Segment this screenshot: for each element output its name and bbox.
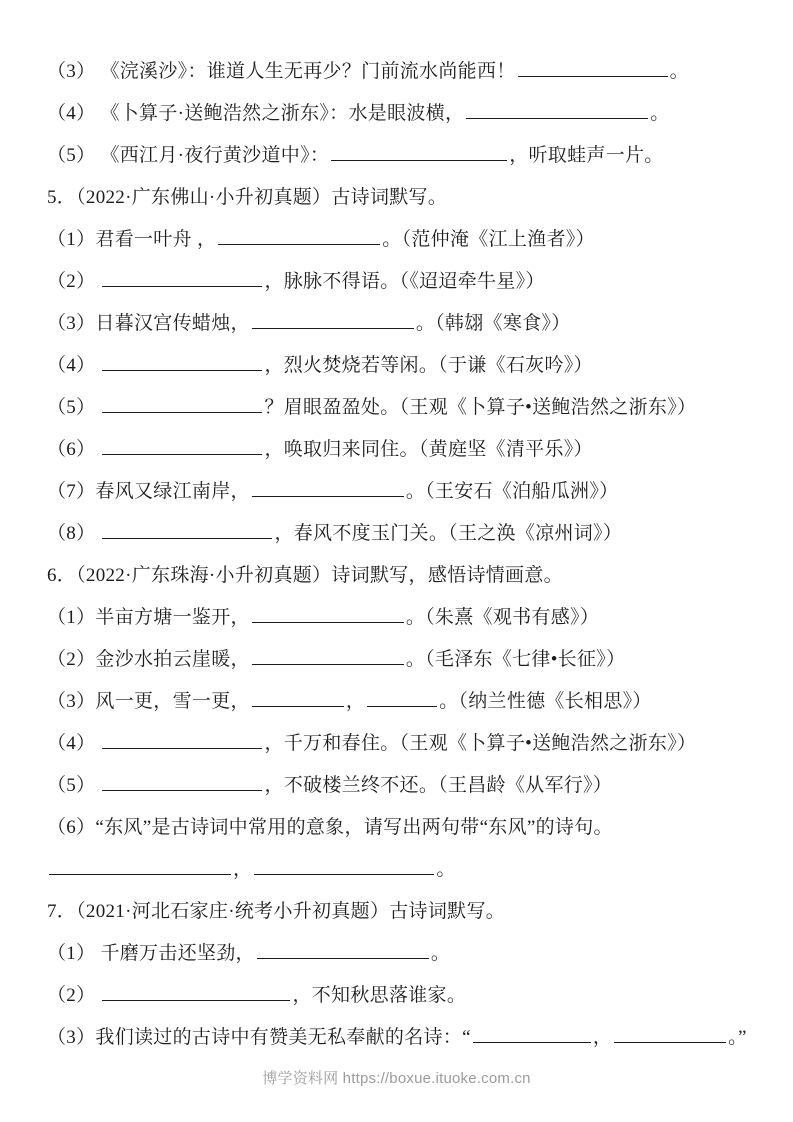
line-text: （5） 《西江月·夜行黄沙道中》： bbox=[47, 145, 329, 166]
line-text: ，千万和春住。（王观《卜算子•送鲍浩然之浙东》） bbox=[264, 733, 696, 754]
line-text: （5） bbox=[47, 397, 100, 418]
document-lines: （3） 《浣溪沙》：谁道人生无再少？门前流水尚能西！。（4） 《卜算子·送鲍浩然… bbox=[47, 51, 775, 1059]
line-text: 。（朱熹《观书有感》） bbox=[406, 607, 599, 628]
line-text: 。（王安石《泊船瓜洲》） bbox=[406, 481, 619, 502]
line-text: 。（纳兰性德《长相思》） bbox=[439, 691, 652, 712]
question-line: 7．（2021·河北石家庄·统考小升初真题）古诗词默写。 bbox=[47, 891, 775, 933]
question-line: 5．（2022·广东佛山·小升初真题）古诗词默写。 bbox=[47, 177, 775, 219]
answer-blank bbox=[218, 238, 380, 245]
answer-blank bbox=[102, 406, 262, 413]
answer-blank bbox=[254, 868, 434, 875]
question-line: （2）金沙水拍云崖暖，。（毛泽东《七律•长征》） bbox=[47, 639, 775, 681]
line-text: （2） bbox=[47, 985, 100, 1006]
answer-blank bbox=[102, 448, 262, 455]
line-text: （3）我们读过的古诗中有赞美无私奉献的名诗：“ bbox=[47, 1027, 471, 1048]
line-text: 5．（2022·广东佛山·小升初真题）古诗词默写。 bbox=[47, 187, 447, 208]
line-text: ？眉眼盈盈处。（王观《卜算子•送鲍浩然之浙东》） bbox=[264, 397, 696, 418]
line-text: ，不知秋思落谁家。 bbox=[292, 985, 466, 1006]
answer-blank bbox=[473, 1036, 591, 1043]
question-line: （6） ，唤取归来同住。（黄庭坚《清平乐》） bbox=[47, 429, 775, 471]
line-text: ，春风不度玉门关。（王之涣《凉州词》） bbox=[274, 523, 622, 544]
question-line: （7）春风又绿江南岸，。（王安石《泊船瓜洲》） bbox=[47, 471, 775, 513]
question-line: （2） ，脉脉不得语。（《迢迢牵牛星》） bbox=[47, 261, 775, 303]
answer-blank bbox=[466, 112, 648, 119]
answer-blank bbox=[331, 154, 507, 161]
answer-blank bbox=[252, 658, 404, 665]
line-text: 。 bbox=[436, 859, 455, 880]
answer-blank bbox=[102, 742, 262, 749]
question-line: （4） ，千万和春住。（王观《卜算子•送鲍浩然之浙东》） bbox=[47, 723, 775, 765]
answer-blank bbox=[518, 70, 668, 77]
answer-blank bbox=[102, 364, 262, 371]
line-text: ， bbox=[346, 691, 365, 712]
line-text: ，不破楼兰终不还。（王昌龄《从军行》） bbox=[264, 775, 612, 796]
answer-blank bbox=[102, 532, 272, 539]
answer-blank bbox=[102, 280, 262, 287]
question-line: （4） 《卜算子·送鲍浩然之浙东》：水是眼波横，。 bbox=[47, 93, 775, 135]
footer-text: 博学资料网 https://boxue.ituoke.com.cn bbox=[262, 1070, 530, 1087]
line-text: ，烈火焚烧若等闲。（于谦《石灰吟》） bbox=[264, 355, 592, 376]
line-text: ， bbox=[593, 1027, 612, 1048]
worksheet-page: （3） 《浣溪沙》：谁道人生无再少？门前流水尚能西！。（4） 《卜算子·送鲍浩然… bbox=[0, 0, 793, 1059]
question-line: （3） 《浣溪沙》：谁道人生无再少？门前流水尚能西！。 bbox=[47, 51, 775, 93]
line-text: （4） bbox=[47, 733, 100, 754]
answer-blank bbox=[252, 700, 344, 707]
line-text: （2） bbox=[47, 271, 100, 292]
line-text: （2）金沙水拍云崖暖， bbox=[47, 649, 250, 670]
line-text: ，脉脉不得语。（《迢迢牵牛星》） bbox=[264, 271, 544, 292]
question-line: ，。 bbox=[47, 849, 775, 891]
answer-blank bbox=[367, 700, 437, 707]
question-line: （3）风一更，雪一更，，。（纳兰性德《长相思》） bbox=[47, 681, 775, 723]
answer-blank bbox=[614, 1036, 726, 1043]
line-text: 。（范仲淹《江上渔者》） bbox=[382, 229, 595, 250]
line-text: （3）日暮汉宫传蜡烛， bbox=[47, 313, 250, 334]
line-text: 7．（2021·河北石家庄·统考小升初真题）古诗词默写。 bbox=[47, 901, 505, 922]
line-text: （1）半亩方塘一鉴开， bbox=[47, 607, 250, 628]
line-text: （1）君看一叶舟 ， bbox=[47, 229, 216, 250]
question-line: （5） 《西江月·夜行黄沙道中》：，听取蛙声一片。 bbox=[47, 135, 775, 177]
line-text: （1） 千磨万击还坚劲， bbox=[47, 943, 255, 964]
question-line: （6）“东风”是古诗词中常用的意象，请写出两句带“东风”的诗句。 bbox=[47, 807, 775, 849]
line-text: 6．（2022·广东珠海·小升初真题）诗词默写，感悟诗情画意。 bbox=[47, 565, 563, 586]
question-line: 6．（2022·广东珠海·小升初真题）诗词默写，感悟诗情画意。 bbox=[47, 555, 775, 597]
line-text: （4） 《卜算子·送鲍浩然之浙东》：水是眼波横， bbox=[47, 103, 464, 124]
line-text: 。 bbox=[670, 61, 689, 82]
question-line: （1）君看一叶舟 ，。（范仲淹《江上渔者》） bbox=[47, 219, 775, 261]
line-text: （5） bbox=[47, 775, 100, 796]
answer-blank bbox=[102, 784, 262, 791]
line-text: （3）风一更，雪一更， bbox=[47, 691, 250, 712]
line-text: （7）春风又绿江南岸， bbox=[47, 481, 250, 502]
line-text: ，听取蛙声一片。 bbox=[509, 145, 663, 166]
question-line: （2） ，不知秋思落谁家。 bbox=[47, 975, 775, 1017]
answer-blank bbox=[102, 994, 290, 1001]
answer-blank bbox=[257, 952, 429, 959]
answer-blank bbox=[252, 490, 404, 497]
line-text: ，唤取归来同住。（黄庭坚《清平乐》） bbox=[264, 439, 592, 460]
line-text: 。 bbox=[650, 103, 669, 124]
line-text: （8） bbox=[47, 523, 100, 544]
question-line: （3）日暮汉宫传蜡烛，。（韩翃《寒食》） bbox=[47, 303, 775, 345]
answer-blank bbox=[252, 616, 404, 623]
line-text: （6） bbox=[47, 439, 100, 460]
question-line: （1）半亩方塘一鉴开，。（朱熹《观书有感》） bbox=[47, 597, 775, 639]
question-line: （4） ，烈火焚烧若等闲。（于谦《石灰吟》） bbox=[47, 345, 775, 387]
line-text: 。 bbox=[431, 943, 450, 964]
question-line: （1） 千磨万击还坚劲，。 bbox=[47, 933, 775, 975]
answer-blank bbox=[49, 868, 231, 875]
line-text: 。” bbox=[728, 1027, 747, 1048]
line-text: 。（韩翃《寒食》） bbox=[416, 313, 571, 334]
line-text: 。（毛泽东《七律•长征》） bbox=[406, 649, 626, 670]
answer-blank bbox=[252, 322, 414, 329]
footer-watermark: 博学资料网 https://boxue.ituoke.com.cn bbox=[0, 1067, 793, 1088]
line-text: （3） 《浣溪沙》：谁道人生无再少？门前流水尚能西！ bbox=[47, 61, 516, 82]
question-line: （5） ？眉眼盈盈处。（王观《卜算子•送鲍浩然之浙东》） bbox=[47, 387, 775, 429]
line-text: （6）“东风”是古诗词中常用的意象，请写出两句带“东风”的诗句。 bbox=[47, 817, 613, 838]
question-line: （8） ，春风不度玉门关。（王之涣《凉州词》） bbox=[47, 513, 775, 555]
question-line: （5） ，不破楼兰终不还。（王昌龄《从军行》） bbox=[47, 765, 775, 807]
line-text: （4） bbox=[47, 355, 100, 376]
line-text: ， bbox=[233, 859, 252, 880]
question-line: （3）我们读过的古诗中有赞美无私奉献的名诗：“，。” bbox=[47, 1017, 775, 1059]
